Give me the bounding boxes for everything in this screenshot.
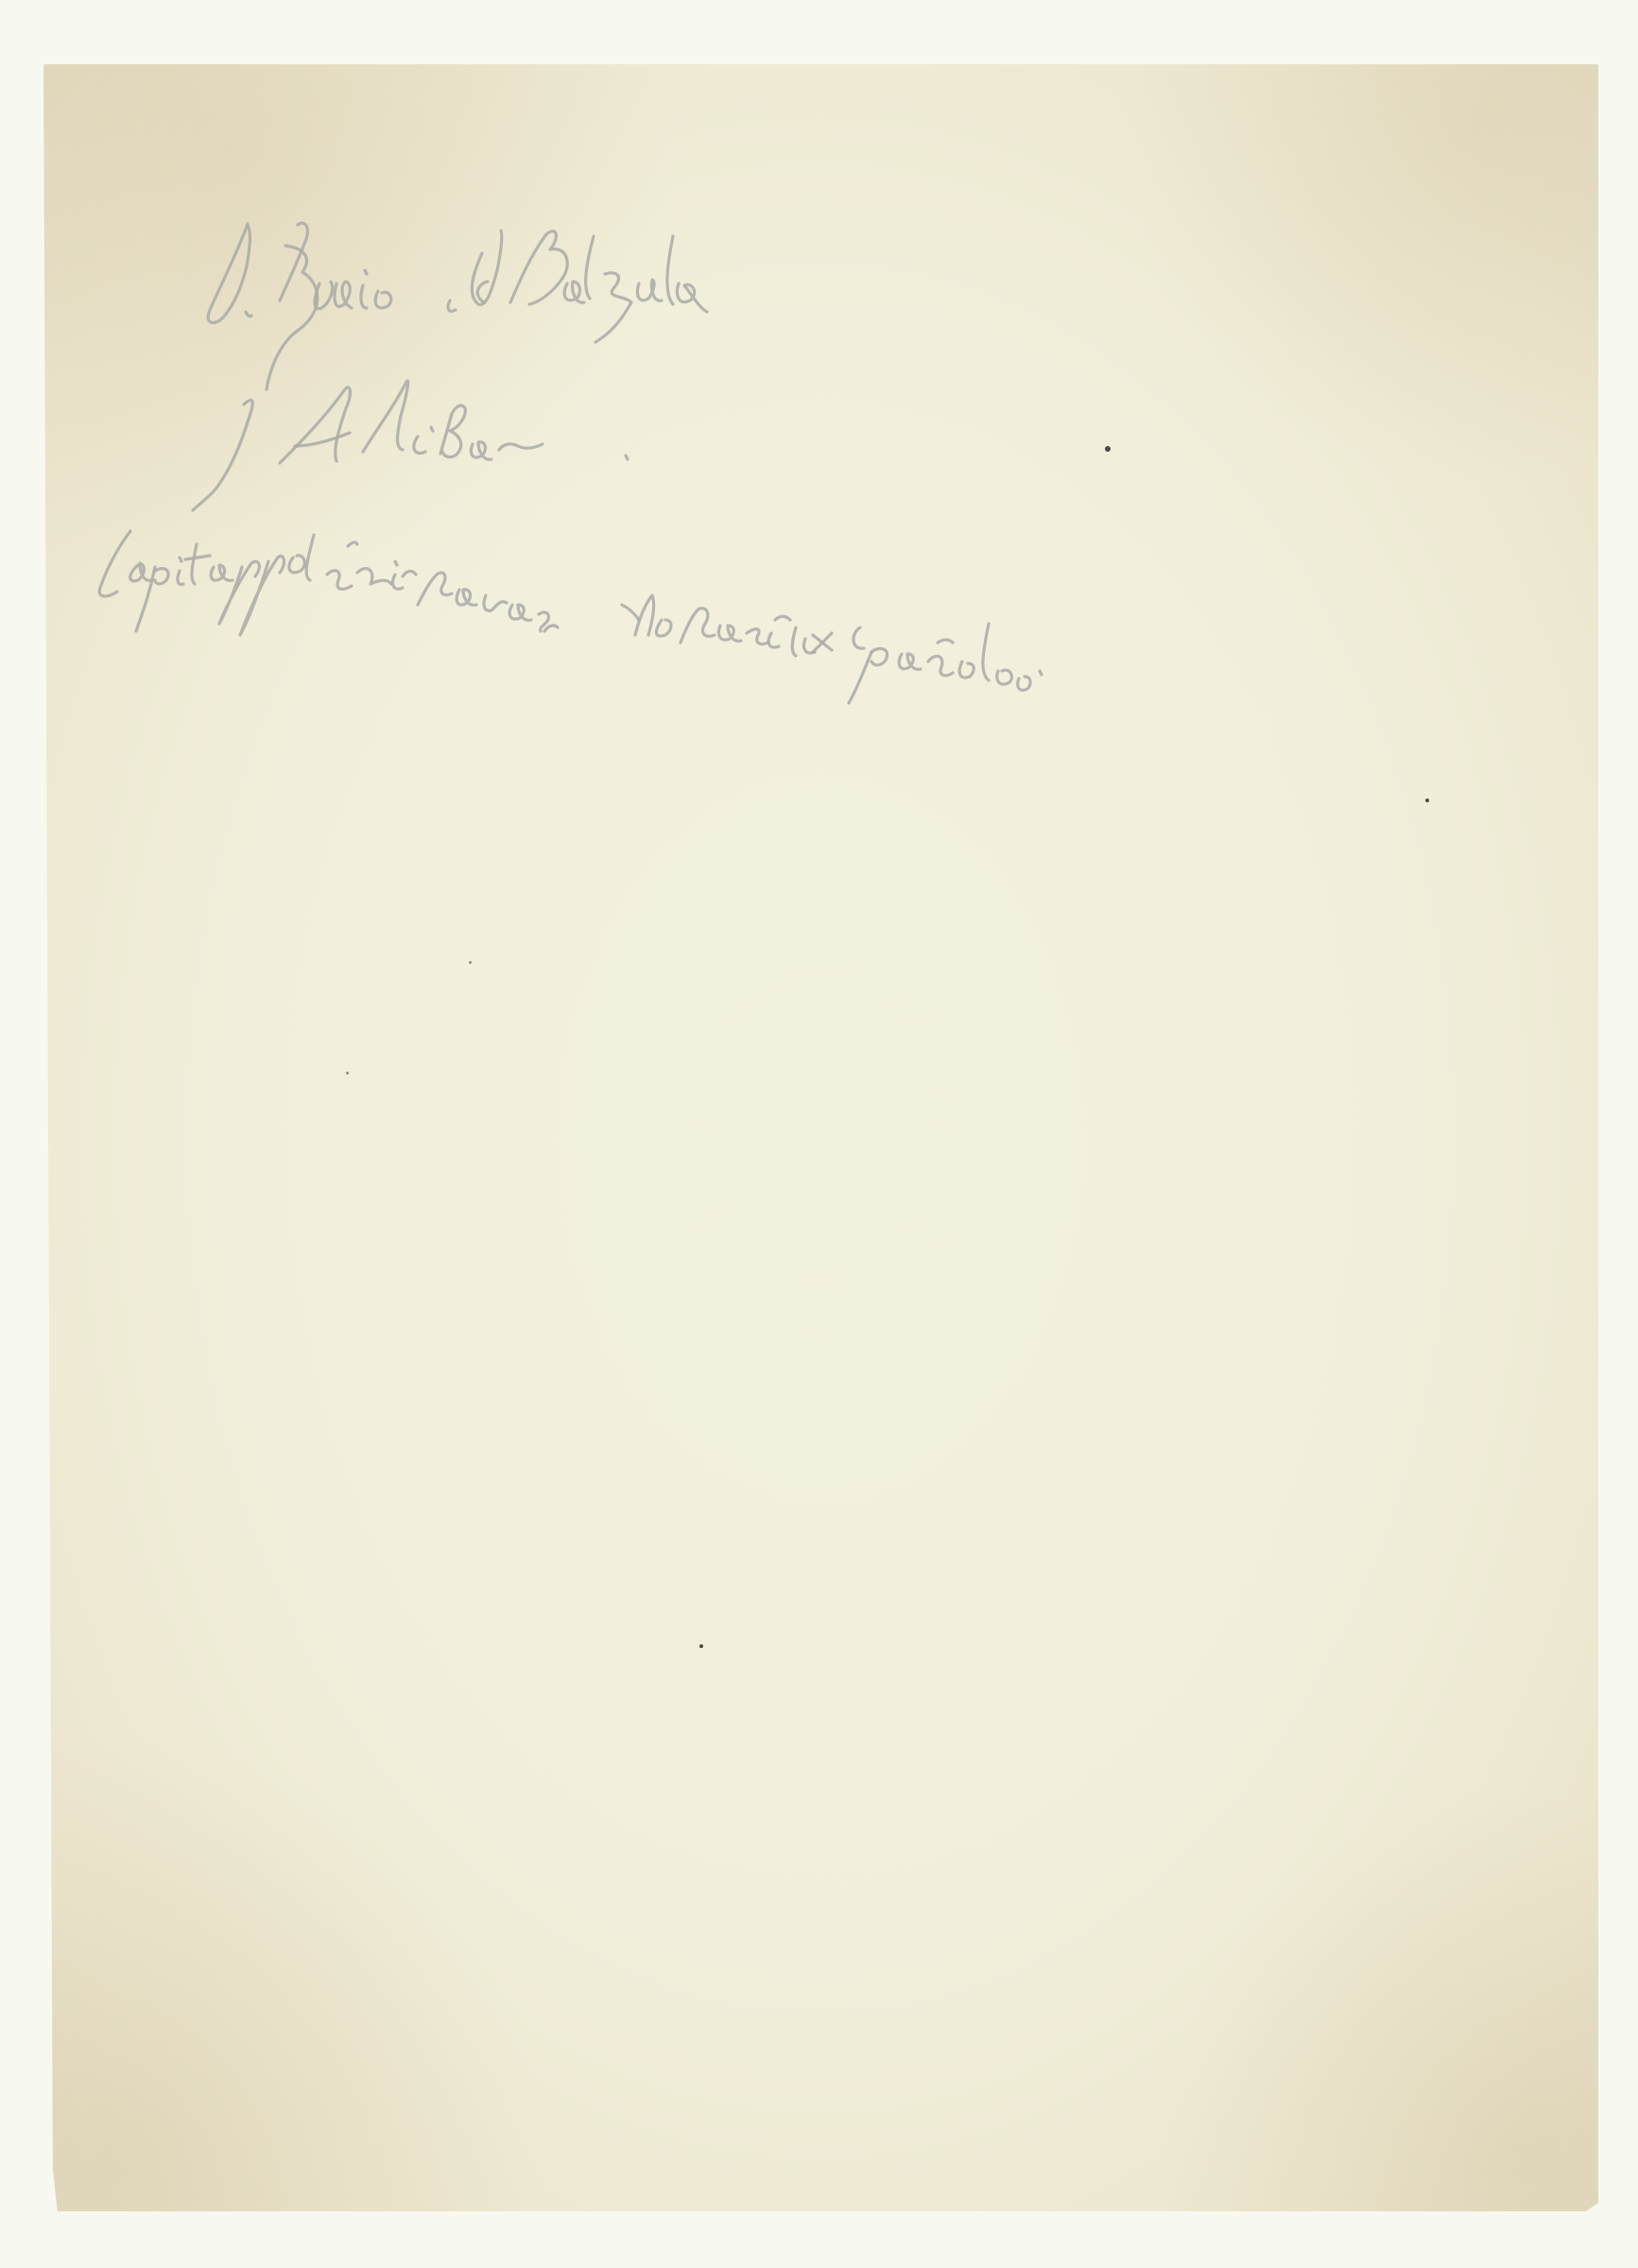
- ink-speck-2: [1425, 799, 1429, 802]
- ink-speck-1: [1105, 446, 1111, 452]
- paper-sheet: [43, 64, 1598, 2211]
- ink-speck-4: [346, 1072, 349, 1074]
- inscription-line-1-text: D. Ignacio de Balzola: [0, 0, 1, 1]
- ink-speck-3: [469, 961, 472, 964]
- ink-speck-5: [699, 1644, 703, 1648]
- inscription-transcript: D. Ignacio de Balzola y Alcibar. Capitan…: [0, 0, 1, 1]
